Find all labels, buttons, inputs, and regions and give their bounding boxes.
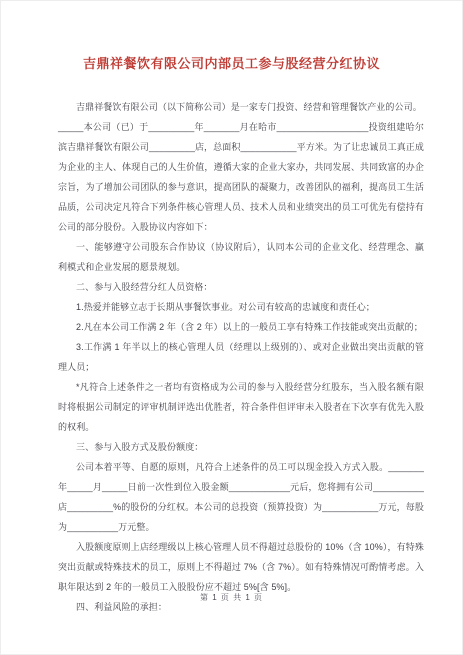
paragraph: 吉鼎祥餐饮有限公司（以下简称公司）是一家专门投资、经营和管理餐饮产业的公司。: [58, 97, 424, 117]
page-footer: 第 1 页 共 1 页: [1, 592, 462, 603]
paragraph: 入股额度原则上店经理级以上核心管理人员不得超过总股份的 10%（含 10%），有…: [58, 537, 424, 597]
paragraph: *凡符合上述条件之一者均有资格成为公司的参与入股经营分红股东，当入股名额有限时将…: [58, 377, 424, 437]
document-body: 吉鼎祥餐饮有限公司（以下简称公司）是一家专门投资、经营和管理餐饮产业的公司。__…: [1, 97, 462, 617]
document-page: 吉鼎祥餐饮有限公司内部员工参与股经营分红协议 吉鼎祥餐饮有限公司（以下简称公司）…: [0, 0, 463, 655]
document-title: 吉鼎祥餐饮有限公司内部员工参与股经营分红协议: [1, 1, 462, 73]
paragraph: 2.凡在本公司工作满 2 年（含 2 年）以上的一般员工享有特殊工作技能或突出贡…: [58, 317, 424, 337]
paragraph: 三、参与入股方式及股份额度：: [58, 437, 424, 457]
paragraph: 二、参与入股经营分红人员资格：: [58, 277, 424, 297]
paragraph: _____本公司（已）于_________年_______月在哈市_______…: [58, 117, 424, 237]
paragraph: 3.工作满 1 年半以上的核心管理人员（经理以上级别的）、或对企业做出突出贡献的…: [58, 337, 424, 377]
paragraph: 1.热爱并能够立志于长期从事餐饮事业。对公司有较高的忠诚度和责任心；: [58, 297, 424, 317]
paragraph: 一、能够遵守公司股东合作协议（协议附后），认同本公司的企业文化、经营理念、赢利模…: [58, 237, 424, 277]
paragraph: 公司本着平等、自愿的原则，凡符合上述条件的员工可以现金投入方式入股。______…: [58, 457, 424, 537]
